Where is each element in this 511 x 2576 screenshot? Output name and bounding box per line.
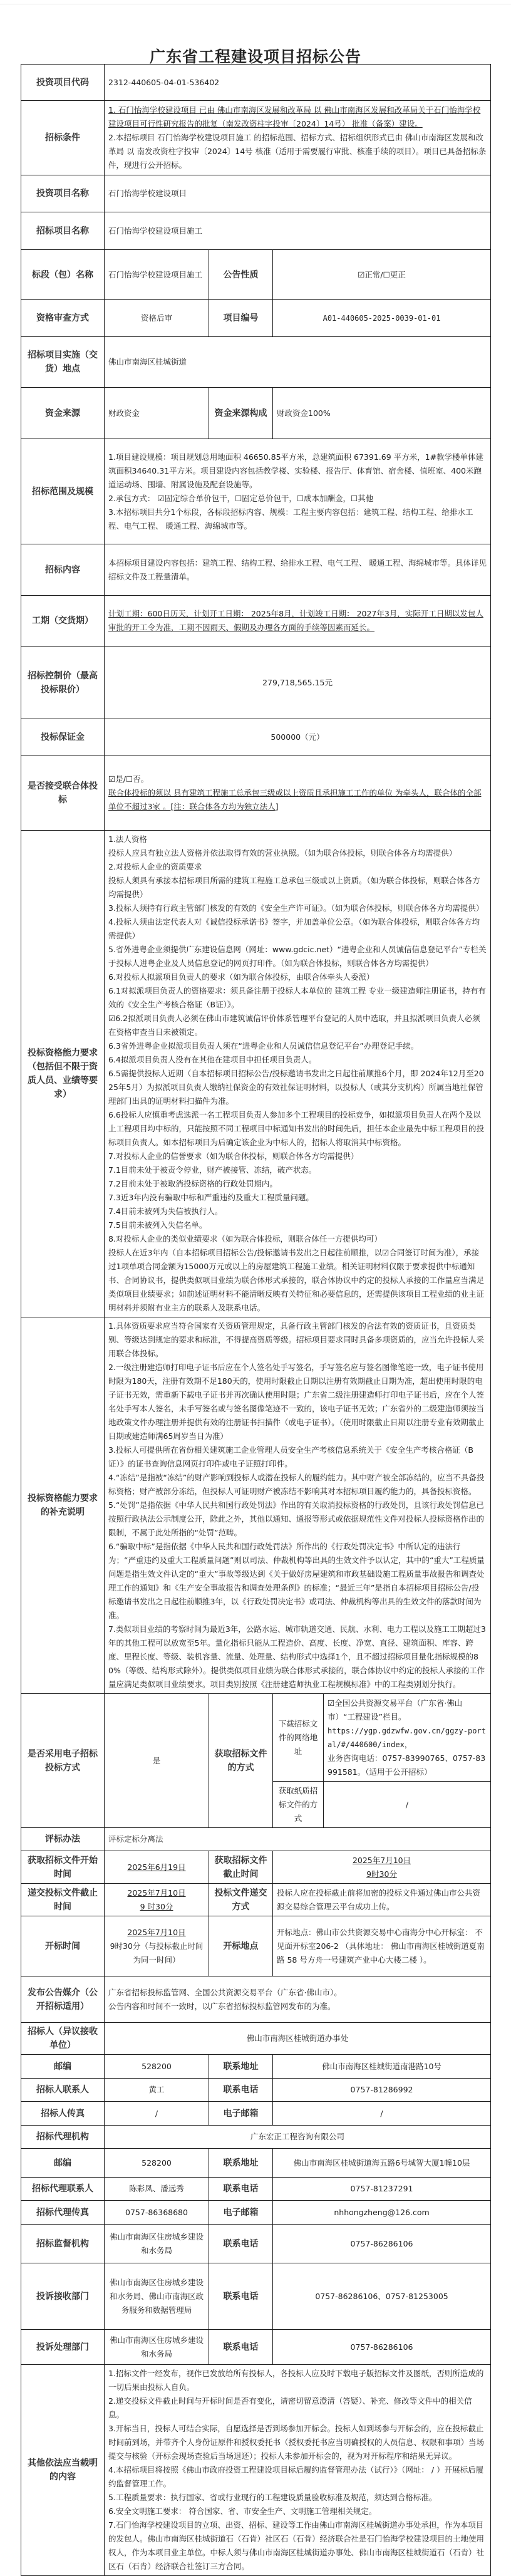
paragraph: 2.对投标人企业的资质要求 xyxy=(108,860,487,874)
tender-notice-table: 投资项目代码 2312-440605-04-01-536402 招标条件 1. … xyxy=(21,64,491,2576)
label-section: 标段（包）名称 xyxy=(21,250,105,300)
value-project-code: A01-440605-2025-0039-01-01 xyxy=(273,300,491,337)
value-tenderer-postcode: 528200 xyxy=(105,2055,209,2079)
value-investment-name: 石门怡海学校建设项目 xyxy=(105,175,491,212)
scope-paragraph: 2.承包方式： ☑固定综合单价包干，☐固定总价包干，☐成本加酬金，☐其他 xyxy=(108,492,487,506)
label-supervisor: 招标监督机构 xyxy=(21,2225,105,2263)
value-paper-doc: / xyxy=(324,1782,491,1828)
value-doc-deadline: 2025年7月10日 9时30分 xyxy=(273,1851,491,1884)
consortium-paragraph: ☑是/☐否。 xyxy=(108,772,487,786)
paragraph: 4.本招标项目将按照《佛山市政府投资工程建设项目标后履约监督管理办法（试行）》（… xyxy=(108,2463,487,2491)
label-agency-address: 联系地址 xyxy=(209,2149,273,2178)
row-media: 发布公告媒介（公开招标适用） 广东省招标投标监管网、全国公共资源交易平台（广东省… xyxy=(21,1976,491,2023)
label-tenderer-email: 电子邮箱 xyxy=(209,2102,273,2126)
value-agency-postcode: 528200 xyxy=(105,2149,209,2178)
value-location: 佛山市南海区桂城街道 xyxy=(105,337,491,388)
label-evaluation: 评标办法 xyxy=(21,1828,105,1851)
opening-time: 9时30分（与投标截止时间为同一时间） xyxy=(108,1940,205,1967)
paragraph: 5.省外进粤企业须提供广东建设信息网（网址：www.gdcic.net）“进粤企… xyxy=(108,943,487,970)
paragraph: ☑6.2拟派项目负责人必须在佛山市建筑诚信评价体系管理平台登记的人员中选取，并且… xyxy=(108,1012,487,1039)
label-complaint-handle: 投诉处理部门 xyxy=(21,2330,105,2365)
label-location: 招标项目实施（交货）地点 xyxy=(21,337,105,388)
value-supplement: 1.具体资质要求应当符合国家有关资质管理规定，具备行政主管部门核发的合法有效的资… xyxy=(105,1317,491,1694)
paragraph: 6.对投标人拟派项目负责人的要求（如为联合体投标，由联合体牵头人委派） xyxy=(108,970,487,984)
row-scope: 招标范围及规模 1.项目建设规模：项目规划总用地面积 46650.85平方米，总… xyxy=(21,439,491,544)
download-line: 业务咨询电话：0757-83990765、0757-83991581。（适用于公… xyxy=(328,1752,487,1779)
scope-paragraph: 3.本招标项目共分1个标段，各标段招标内容、规模：工程主要内容包括：建筑工程、结… xyxy=(108,506,487,533)
conditions-paragraph: 1. 石门怡海学校建设项目 已由 佛山市南海区发展和改革局 以 佛山市南海区发展… xyxy=(108,103,487,131)
row-supplement: 投标资格能力要求的补充说明 1.具体资质要求应当符合国家有关资质管理规定，具备行… xyxy=(21,1317,491,1694)
row-control-price: 招标控制价（最高投标限价） 279,718,565.15元 xyxy=(21,647,491,719)
label-content: 招标内容 xyxy=(21,544,105,596)
row-conditions: 招标条件 1. 石门怡海学校建设项目 已由 佛山市南海区发展和改革局 以 佛山市… xyxy=(21,101,491,175)
label-notice-nature: 公告性质 xyxy=(209,250,273,300)
value-tenderer-contact: 黄工 xyxy=(105,2079,209,2102)
paragraph: 7.5目前未被列入失信名单。 xyxy=(108,1218,487,1232)
label-conditions: 招标条件 xyxy=(21,101,105,175)
value-agency-phone: 0757-81237291 xyxy=(273,2178,491,2201)
label-project-code: 项目编号 xyxy=(209,300,273,337)
row-duration: 工期（交货期） 计划工期：600日历天，计划开工日期： 2025年8月，计划竣工… xyxy=(21,596,491,647)
value-complaint-receive: 佛山市南海区住房城乡建设和水务局、佛山市南海区政务服务和数据管理局 xyxy=(105,2263,209,2330)
row-section: 标段（包）名称 石门怡海学校建设项目施工 公告性质 ☑正常/☐更正 xyxy=(21,250,491,300)
value-requirements: 1.法人资格投标人应具有独立法人资格并依法取得有效的营业执照。（如为联合体投标，… xyxy=(105,831,491,1317)
label-investment-code: 投资项目代码 xyxy=(21,65,105,101)
paragraph: 7.2目前未处于被取消投标资格的行政处罚期内。 xyxy=(108,1177,487,1191)
value-others: 1.招标文件一经发布，视作已发放给所有投标人，各投标人应及时下载电子版招标文件及… xyxy=(105,2365,491,2576)
row-qualification: 资格审查方式 资格后审 项目编号 A01-440605-2025-0039-01… xyxy=(21,300,491,337)
paragraph: 6.4拟派项目负责人没有在其他在建项目中担任项目负责人。 xyxy=(108,1053,487,1067)
label-agency-postcode: 邮编 xyxy=(21,2149,105,2178)
value-conditions: 1. 石门怡海学校建设项目 已由 佛山市南海区发展和改革局 以 佛山市南海区发展… xyxy=(105,101,491,175)
label-doc-method: 获取招标文件的方式 xyxy=(209,1694,273,1828)
value-consortium: ☑是/☐否。 联合体投标的须以 具有建筑工程施工总承包三级或以上资质且承担施工工… xyxy=(105,756,491,831)
label-tenderer-phone: 联系电话 xyxy=(209,2079,273,2102)
value-tenderer-fax: / xyxy=(105,2102,209,2126)
paragraph: 4.投标人须由法定代表人对《诚信投标承诺书》签字，并加盖单位公章。（如为联合体投… xyxy=(108,915,487,943)
label-agency: 招标代理机构 xyxy=(21,2126,105,2149)
paragraph: 6.“骗取中标”是指依据《中华人民共和国行政处罚法》所作出的《行政处罚决定书》中… xyxy=(108,1540,487,1623)
paragraph: 投标人须具有承接本招标项目所需的建筑工程施工总承包三级或以上资质。（如为联合体投… xyxy=(108,874,487,901)
label-funding-composition: 资金来源构成 xyxy=(209,388,273,439)
value-opening-place: 开标地点：佛山市公共资源交易中心南海分中心开标室： 不见面开标室206-2 （具… xyxy=(273,1916,491,1976)
row-complaint-receive: 投诉接收部门 佛山市南海区住房城乡建设和水务局、佛山市南海区政务服务和数据管理局… xyxy=(21,2263,491,2330)
row-complaint-handle: 投诉处理部门 佛山市南海区住房城乡建设和水务局 联系电话 0757-862861… xyxy=(21,2330,491,2365)
value-tender-name: 石门怡海学校建设项目施工 xyxy=(105,212,491,250)
row-agency-contact: 招标代理联系人 陈彩凤、潘远秀 联系电话 0757-81237291 xyxy=(21,2178,491,2201)
label-opening: 开标时间 xyxy=(21,1916,105,1976)
label-funding: 资金来源 xyxy=(21,388,105,439)
label-media: 发布公告媒介（公开招标适用） xyxy=(21,1976,105,2023)
row-submission: 递交投标文件截止时间 2025年7月10日 9 时30分 投标文件递交方式 投标… xyxy=(21,1884,491,1916)
label-electronic: 是否采用电子招标投标方式 xyxy=(21,1694,105,1828)
value-electronic: 是 xyxy=(105,1694,209,1828)
row-investment-code: 投资项目代码 2312-440605-04-01-536402 xyxy=(21,65,491,101)
row-tender-name: 招标项目名称 石门怡海学校建设项目施工 xyxy=(21,212,491,250)
paragraph: 5.工程质量要求：执行国家、省或行业现行的工程建设质量验收标准及规范，须达到合格… xyxy=(108,2491,487,2505)
label-tenderer-contact: 招标人联系人 xyxy=(21,2079,105,2102)
label-agency-email: 电子邮箱 xyxy=(209,2201,273,2225)
value-notice-nature: ☑正常/☐更正 xyxy=(273,250,491,300)
value-content: 本招标项目建设内容包括：建筑工程、结构工程、给排水工程、电气工程、 暖通工程、海… xyxy=(105,544,491,596)
label-others: 其他依法应当载明的内容 xyxy=(21,2365,105,2576)
row-doc-start: 获取招标文件开始时间 2025年6月19日 获取招标文件截止时间 2025年7月… xyxy=(21,1851,491,1884)
label-qualification: 资格审查方式 xyxy=(21,300,105,337)
label-control-price: 招标控制价（最高投标限价） xyxy=(21,647,105,719)
value-submission-method: 投标人应在投标截止前将加密的投标文件通过佛山市公共资源交易综合管理云平台成功上传… xyxy=(273,1884,491,1916)
value-submission: 2025年7月10日 9 时30分 xyxy=(105,1884,209,1916)
paragraph: 投标人应具有独立法人资格并依法取得有效的营业执照。（如为联合体投标，则联合体各方… xyxy=(108,846,487,860)
paragraph: 7.3近3年内没有骗取中标和严重违约及重大工程质量问题。 xyxy=(108,1191,487,1205)
paragraph: 6.6投标人应慎重考虑选派一名工程项目负责人参加多个工程项目的投标竞争，如拟派项… xyxy=(108,1108,487,1150)
value-download-address: ☑全国公共资源交易平台（广东省·佛山市）“工程建设”栏目。 https://yg… xyxy=(324,1694,491,1782)
label-paper-doc: 获取纸质招标文件的方式 xyxy=(273,1782,324,1828)
value-supervisor: 佛山市南海区住房城乡建设和水务局 xyxy=(105,2225,209,2263)
top-divider xyxy=(0,4,511,4)
label-agency-contact: 招标代理联系人 xyxy=(21,2178,105,2201)
submission-time: 9 时30分 xyxy=(108,1900,205,1914)
label-duration: 工期（交货期） xyxy=(21,596,105,647)
row-tenderer-fax: 招标人传真 / 电子邮箱 / xyxy=(21,2102,491,2126)
value-control-price: 279,718,565.15元 xyxy=(105,647,491,719)
label-submission: 递交投标文件截止时间 xyxy=(21,1884,105,1916)
label-tenderer: 招标人（异议接收单位） xyxy=(21,2023,105,2055)
paragraph: 1.法人资格 xyxy=(108,833,487,846)
submission-date: 2025年7月10日 xyxy=(108,1886,205,1900)
value-complaint-receive-phone: 0757-86286106、0757-81253005 xyxy=(273,2263,491,2330)
label-complaint-handle-phone: 联系电话 xyxy=(209,2330,273,2365)
value-funding: 财政资金 xyxy=(105,388,209,439)
paragraph: 7.1目前未处于被责令停业，财产被接管、冻结，破产状态。 xyxy=(108,1163,487,1177)
label-requirements: 投标资格能力要求（包括但不限于资质人员、业绩等要求） xyxy=(21,831,105,1317)
paragraph: 7.4目前未被列为失信被执行人。 xyxy=(108,1205,487,1218)
label-submission-method: 投标文件递交方式 xyxy=(209,1884,273,1916)
paragraph: 2.一级注册建造师打印电子证书后应在个人签名处手写签名，手写签名应与签名图像笔迹… xyxy=(108,1361,487,1443)
label-scope: 招标范围及规模 xyxy=(21,439,105,544)
row-deposit: 投标保证金 500000（元） xyxy=(21,719,491,756)
row-content: 招标内容 本招标项目建设内容包括：建筑工程、结构工程、给排水工程、电气工程、 暖… xyxy=(21,544,491,596)
label-tenderer-address: 联系地址 xyxy=(209,2055,273,2079)
paragraph: 6.3省外进粤企业拟派项目负责人须在“进粤企业和人员诚信信息登记平台”办理登记手… xyxy=(108,1039,487,1053)
label-download-address: 下载招标文件的网络地址 xyxy=(273,1694,324,1782)
value-doc-start: 2025年6月19日 xyxy=(105,1851,209,1884)
value-agency: 广东宏正工程咨询有限公司 xyxy=(105,2126,491,2149)
consortium-paragraph: 联合体投标的须以 具有建筑工程施工总承包三级或以上资质且承担施工工作的单位 为牵… xyxy=(108,786,487,814)
paragraph: 1.招标文件一经发布，视作已发放给所有投标人，各投标人应及时下载电子版招标文件及… xyxy=(108,2367,487,2394)
label-doc-start: 获取招标文件开始时间 xyxy=(21,1851,105,1884)
value-agency-address: 佛山市南海区桂城街道海五路6号城智大厦1幢10层 xyxy=(273,2149,491,2178)
paragraph: 1.具体资质要求应当符合国家有关资质管理规定，具备行政主管部门核发的合法有效的资… xyxy=(108,1319,487,1361)
media-paragraph: 广东省招标投标监管网、全国公共资源交易平台（广东省·佛山市）。 xyxy=(108,1986,487,2000)
label-tenderer-postcode: 邮编 xyxy=(21,2055,105,2079)
value-complaint-handle-phone: 0757-86286106 xyxy=(273,2330,491,2365)
value-investment-code: 2312-440605-04-01-536402 xyxy=(105,65,491,101)
value-scope: 1.项目建设规模：项目规划总用地面积 46650.85平方米，总建筑面积 673… xyxy=(105,439,491,544)
media-paragraph: 公告内容和时间不一致时，以广东省招标投标监管网发布的为准。 xyxy=(108,2000,487,2013)
paragraph: 8.对投标人企业的类似业绩要求（如为联合体投标，则联合体任一方提供均可） xyxy=(108,1232,487,1246)
row-others: 其他依法应当载明的内容 1.招标文件一经发布，视作已发放给所有投标人，各投标人应… xyxy=(21,2365,491,2576)
paragraph: 3.投标人可提供所在省份相关建筑施工企业管理人员安全生产考核信息系统关于《安全生… xyxy=(108,1443,487,1471)
paragraph: 7.类似项目业绩的考察时间为最近3年，公路水运、城市轨道交通、民航、水利、电力工… xyxy=(108,1623,487,1691)
row-agency-fax: 招标代理传真 0757-86368680 电子邮箱 nhhongzheng@12… xyxy=(21,2201,491,2225)
row-consortium: 是否接受联合体投标 ☑是/☐否。 联合体投标的须以 具有建筑工程施工总承包三级或… xyxy=(21,756,491,831)
label-investment-name: 投资项目名称 xyxy=(21,175,105,212)
paragraph: 6.1对拟派项目负责人的资格要求：须具备注册于投标人本单位的 建筑工程 专业一级… xyxy=(108,984,487,1012)
paragraph: 2.递交投标文件截止时间与开标时间是否有变化，请密切留意澄清（答疑）、补充、修改… xyxy=(108,2394,487,2422)
paragraph: 投标人在近3年内（自本招标项目招标公告/投标邀请书发出之日起往前顺推，以☑合同签… xyxy=(108,1246,487,1315)
paragraph: 4.“冻结”是指被“冻结”的财产影响到投标人或潜在投标人的履约能力。其中财产被全… xyxy=(108,1471,487,1498)
row-tenderer-postcode: 邮编 528200 联系地址 佛山市南海区桂城街道南港路10号 xyxy=(21,2055,491,2079)
row-tenderer-contact: 招标人联系人 黄工 联系电话 0757-81286992 xyxy=(21,2079,491,2102)
label-tender-name: 招标项目名称 xyxy=(21,212,105,250)
row-supervisor: 招标监督机构 佛山市南海区住房城乡建设和水务局 联系电话 0757-862861… xyxy=(21,2225,491,2263)
label-consortium: 是否接受联合体投标 xyxy=(21,756,105,831)
opening-date: 2025年7月10日 xyxy=(108,1926,205,1940)
label-deposit: 投标保证金 xyxy=(21,719,105,756)
label-doc-deadline: 获取招标文件截止时间 xyxy=(209,1851,273,1884)
download-line: ☑全国公共资源交易平台（广东省·佛山市）“工程建设”栏目。 xyxy=(328,1696,487,1724)
row-agency: 招标代理机构 广东宏正工程咨询有限公司 xyxy=(21,2126,491,2149)
value-duration: 计划工期：600日历天，计划开工日期： 2025年8月，计划竣工日期： 2027… xyxy=(105,596,491,647)
label-tenderer-fax: 招标人传真 xyxy=(21,2102,105,2126)
paragraph: 3.投标人须持有行政主管部门核发的有效的《安全生产许可证》。（如为联合体投标，则… xyxy=(108,901,487,915)
value-deposit: 500000（元） xyxy=(105,719,491,756)
paragraph: 6.5需提供投标人近期（自本招标项目招标公告/投标邀请书发出之日起往前顺推6个月… xyxy=(108,1067,487,1108)
label-agency-fax: 招标代理传真 xyxy=(21,2201,105,2225)
row-evaluation: 评标办法 评标定标分离法 xyxy=(21,1828,491,1851)
label-supplement: 投标资格能力要求的补充说明 xyxy=(21,1317,105,1694)
doc-deadline-time: 9时30分 xyxy=(277,1867,487,1881)
label-complaint-receive-phone: 联系电话 xyxy=(209,2263,273,2330)
conditions-paragraph: 2.本招标项目 石门怡海学校建设项目施工 的招标范围、招标方式、招标组织形式已由… xyxy=(108,131,487,172)
value-complaint-handle: 佛山市南海区住房城乡建设和水务局 xyxy=(105,2330,209,2365)
value-tenderer-address: 佛山市南海区桂城街道南港路10号 xyxy=(273,2055,491,2079)
row-requirements: 投标资格能力要求（包括但不限于资质人员、业绩等要求） 1.法人资格投标人应具有独… xyxy=(21,831,491,1317)
doc-deadline-date: 2025年7月10日 xyxy=(277,1854,487,1867)
value-tenderer: 佛山市南海区桂城街道办事处 xyxy=(105,2023,491,2055)
value-agency-fax: 0757-86368680 xyxy=(105,2201,209,2225)
label-complaint-receive: 投诉接收部门 xyxy=(21,2263,105,2330)
row-funding: 资金来源 财政资金 资金来源构成 财政资金100% xyxy=(21,388,491,439)
value-opening: 2025年7月10日 9时30分（与投标截止时间为同一时间） xyxy=(105,1916,209,1976)
value-agency-contact: 陈彩凤、潘远秀 xyxy=(105,2178,209,2201)
row-electronic: 是否采用电子招标投标方式 是 获取招标文件的方式 下载招标文件的网络地址 ☑全国… xyxy=(21,1694,491,1782)
label-opening-place: 开标地点 xyxy=(209,1916,273,1976)
paragraph: 3.开标当日，投标人可结合实际，自愿选择是否到场参加开标会。投标人如到场参与开标… xyxy=(108,2422,487,2463)
label-supervisor-phone: 联系电话 xyxy=(209,2225,273,2263)
row-investment-name: 投资项目名称 石门怡海学校建设项目 xyxy=(21,175,491,212)
value-evaluation: 评标定标分离法 xyxy=(105,1828,491,1851)
paragraph: 7.石门怡海学校建设项目的立项、出资、招标、建设等工作由佛山市南海区桂城街道办事… xyxy=(108,2518,487,2573)
value-tenderer-phone: 0757-81286992 xyxy=(273,2079,491,2102)
value-section: 石门怡海学校建设项目施工 xyxy=(105,250,209,300)
row-location: 招标项目实施（交货）地点 佛山市南海区桂城街道 xyxy=(21,337,491,388)
value-supervisor-phone: 0757-86286106 xyxy=(273,2225,491,2263)
label-agency-phone: 联系电话 xyxy=(209,2178,273,2201)
value-qualification: 资格后审 xyxy=(105,300,209,337)
download-url-link[interactable]: https://ygp.gdzwfw.gov.cn/ggzy-portal/#/… xyxy=(328,1724,487,1752)
value-funding-composition: 财政资金100% xyxy=(273,388,491,439)
value-agency-email: nhhongzheng@126.com xyxy=(273,2201,491,2225)
paragraph: 6.安全文明施工要求： 符合国家、省、市安全生产、文明施工管理相关规定。 xyxy=(108,2505,487,2518)
value-media: 广东省招标投标监管网、全国公共资源交易平台（广东省·佛山市）。 公告内容和时间不… xyxy=(105,1976,491,2023)
row-tenderer: 招标人（异议接收单位） 佛山市南海区桂城街道办事处 xyxy=(21,2023,491,2055)
paragraph: 5.“处罚”是指依据《中华人民共和国行政处罚法》作出的有关取消投标资格的行政处罚… xyxy=(108,1498,487,1540)
value-tenderer-email: / xyxy=(273,2102,491,2126)
row-agency-postcode: 邮编 528200 联系地址 佛山市南海区桂城街道海五路6号城智大厦1幢10层 xyxy=(21,2149,491,2178)
scope-paragraph: 1.项目建设规模：项目规划总用地面积 46650.85平方米，总建筑面积 673… xyxy=(108,450,487,492)
paragraph: 7.对投标人企业的信誉要求（如为联合体投标，则联合体各方均需提供） xyxy=(108,1150,487,1163)
row-opening: 开标时间 2025年7月10日 9时30分（与投标截止时间为同一时间） 开标地点… xyxy=(21,1916,491,1976)
